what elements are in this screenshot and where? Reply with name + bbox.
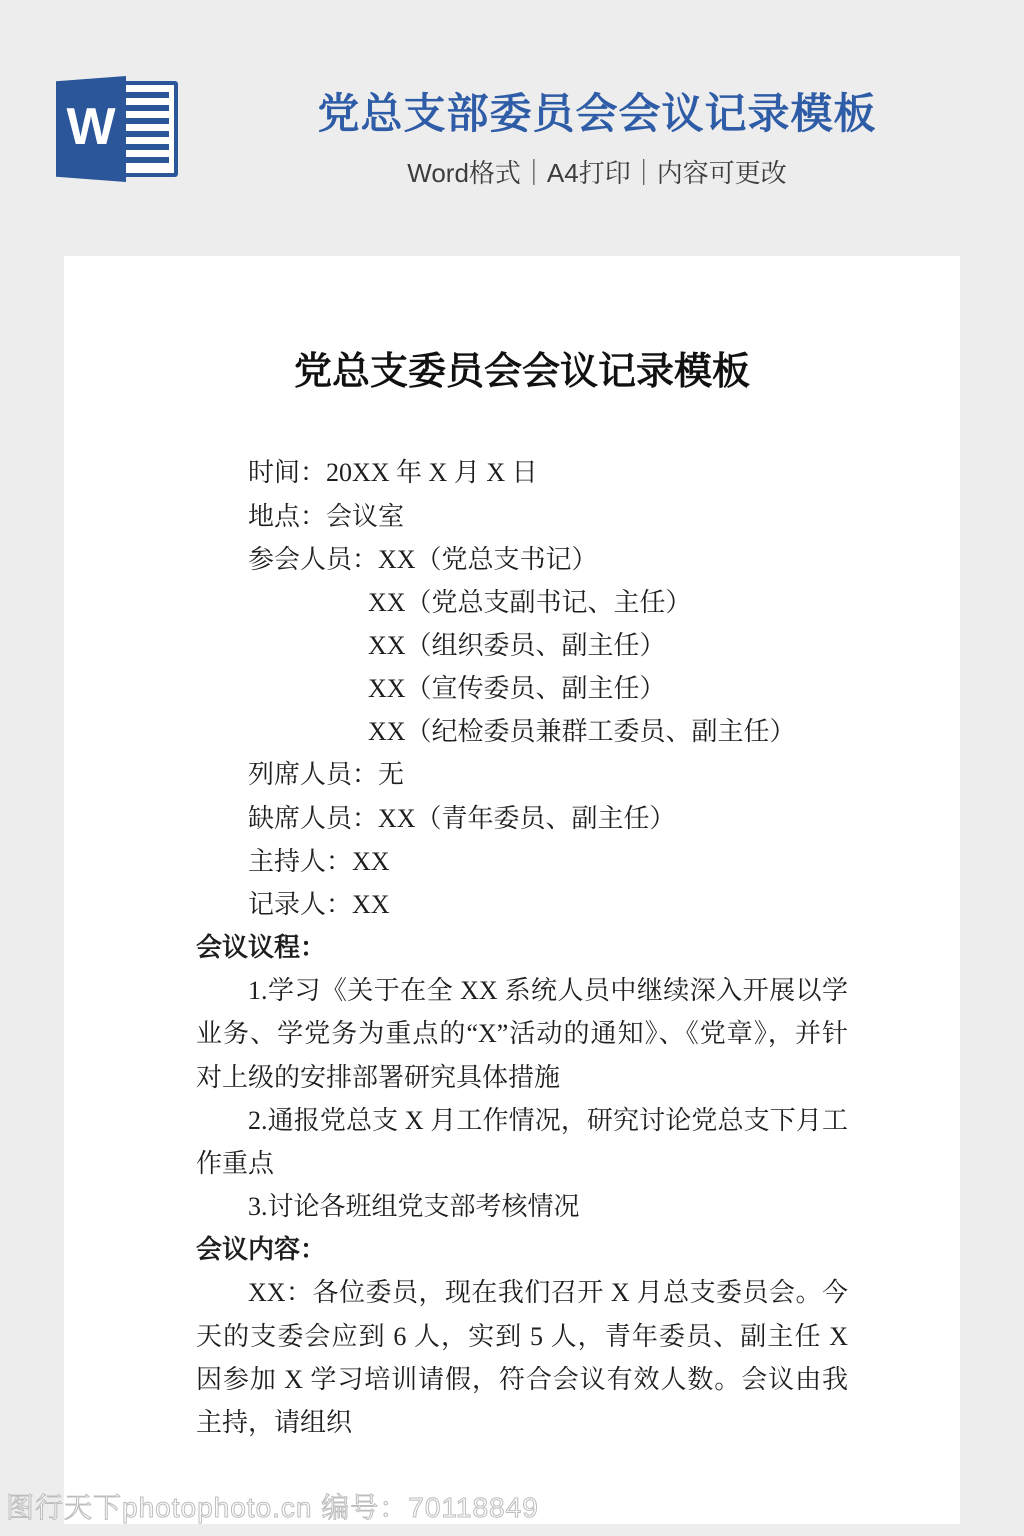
word-icon: W <box>56 76 178 182</box>
doc-paragraph-meta: 列席人员：无 <box>196 753 848 796</box>
doc-paragraph-body: 2.通报党总支 X 月工作情况，研究讨论党总支下月工作重点 <box>196 1099 848 1185</box>
doc-paragraph-meta: 地点：会议室 <box>196 495 848 538</box>
doc-paragraph-meta: 主持人：XX <box>196 840 848 883</box>
word-icon-w-block: W <box>56 76 126 182</box>
document-content: 党总支委员会会议记录模板 时间：20XX 年 X 月 X 日地点：会议室参会人员… <box>64 256 960 1444</box>
doc-paragraph-body: XX：各位委员，现在我们召开 X 月总支委员会。今天的支委会应到 6 人，实到 … <box>196 1271 848 1444</box>
doc-paragraph-heading: 会议内容： <box>196 1228 848 1271</box>
doc-paragraph-body: 3.讨论各班组党支部考核情况 <box>196 1185 848 1228</box>
doc-paragraph-cont: XX（宣传委员、副主任） <box>196 667 848 710</box>
site-watermark: 图行天下photophoto.cn 编号：70118849 <box>6 1486 539 1526</box>
document-title: 党总支委员会会议记录模板 <box>196 348 848 397</box>
header-text: 党总支部委员会会议记录模板 Word格式｜A4打印｜内容可更改 <box>185 90 1009 190</box>
doc-paragraph-meta: 时间：20XX 年 X 月 X 日 <box>196 451 848 494</box>
template-preview-page: { "colors": { "background": "#ededed", "… <box>0 0 1024 1536</box>
word-icon-text-lines <box>122 92 169 166</box>
word-icon-letter: W <box>66 97 115 157</box>
doc-paragraph-meta: 缺席人员：XX（青年委员、副主任） <box>196 797 848 840</box>
doc-paragraph-cont: XX（党总支副书记、主任） <box>196 581 848 624</box>
doc-paragraph-heading: 会议议程： <box>196 926 848 969</box>
template-title: 党总支部委员会会议记录模板 <box>185 90 1009 138</box>
header: W 党总支部委员会会议记录模板 Word格式｜A4打印｜内容可更改 <box>0 0 1024 256</box>
doc-paragraphs: 时间：20XX 年 X 月 X 日地点：会议室参会人员：XX（党总支书记）XX（… <box>196 451 848 1444</box>
doc-paragraph-cont: XX（组织委员、副主任） <box>196 624 848 667</box>
doc-paragraph-body: 1.学习《关于在全 XX 系统人员中继续深入开展以学业务、学党务为重点的“X”活… <box>196 969 848 1098</box>
doc-paragraph-meta: 参会人员：XX（党总支书记） <box>196 538 848 581</box>
document-page: 党总支委员会会议记录模板 时间：20XX 年 X 月 X 日地点：会议室参会人员… <box>64 256 960 1524</box>
doc-paragraph-meta: 记录人：XX <box>196 883 848 926</box>
doc-paragraph-cont: XX（纪检委员兼群工委员、副主任） <box>196 710 848 753</box>
template-subtitle: Word格式｜A4打印｜内容可更改 <box>185 153 1009 190</box>
